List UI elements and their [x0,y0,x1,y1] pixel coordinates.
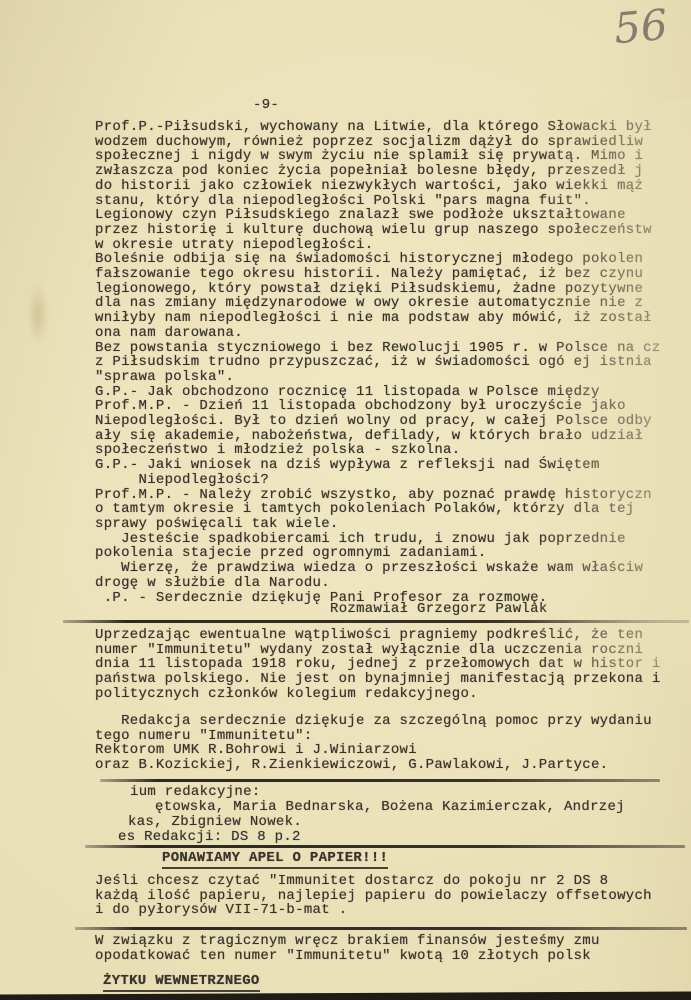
text-line: opodatkować ten numer "Immunitetu" kwotą… [95,949,600,964]
text-line: ona nam darowana. [95,326,661,341]
text-line: Redakcja serdecznie dziękuje za szczegól… [95,714,652,729]
text-line: pokolenia stajecie przed ogromnymi zadan… [95,546,661,561]
separator-rule [63,620,689,623]
text-line: fałszowanie tego okresu historii. Należy… [95,267,661,282]
text-line: państwa polskiego. Nie jest on bynajmnie… [95,672,661,687]
scan-edge-band [0,991,691,1000]
text-line: G.P.- Jaki wniosek na dziś wypływa z ref… [95,458,661,473]
masthead-title: ium redakcyjne: [130,785,261,800]
text-line: Niepodległości? [95,473,661,488]
text-line: PONAWIAMY APEL O PAPIER!!! [162,851,388,869]
masthead-address: es Redakcji: DS 8 p.2 [118,830,301,845]
separator-rule [75,927,687,930]
text-line: z Piłsudskim trudno przypuszczać, iż w ś… [95,355,661,370]
text-line: zwłaszcza pod koniec życia popełniał bol… [95,164,661,179]
text-line: Jeśli chcesz czytać "Immunitet dostarcz … [95,874,652,889]
text-line: o tamtym okresie i tamtych pokoleniach P… [95,502,661,517]
interview-byline: Rozmawiał Grzegorz Pawlak [330,602,548,617]
text-line: do historii jako człowiek niezwykłych wa… [95,179,661,194]
masthead-members-1: ętowska, Maria Bednarska, Bożena Kazimie… [155,800,625,815]
text-line: społeczeństwo i młodzież polska - szkoln… [95,443,661,458]
text-line: kas, Zbigniew Nowek. [128,815,302,830]
text-line: oraz B.Kozickiej, R.Zienkiewiczowi, G.Pa… [95,758,652,773]
text-line: es Redakcji: DS 8 p.2 [118,830,301,845]
tax-note: W związku z tragicznym wręcz brakiem fin… [95,934,600,963]
text-line: Legionowy czyn Piłsudskiego znalazł swe … [95,208,661,223]
text-line: sprawy poświęcali tak wiele. [95,517,661,532]
editorial-note: Uprzedzając ewentualne wątpliwości pragn… [95,628,661,702]
text-line: wniłyby nam niepodległości i nie ma pods… [95,311,661,326]
interview-text: Prof.P.-Piłsudski, wychowany na Litwie, … [95,120,661,605]
text-line: stanu, który dla niepodległości Polski "… [95,194,661,209]
text-line: -9- [253,98,279,113]
text-line: "sprawa polska". [95,370,661,385]
text-line: drogę w służbie dla Narodu. [95,576,661,591]
text-line: dnia 11 listopada 1918 roku, jednej z pr… [95,657,661,672]
separator-rule [85,845,685,848]
text-line: Prof.M.P. - Dzień 11 listopada obchodzon… [95,399,661,414]
text-line: Rozmawiał Grzegorz Pawlak [330,602,548,617]
text-line: przez historię i kulturę duchową wielu g… [95,223,661,238]
page-number: -9- [253,98,279,113]
text-line: społecznej i nigdy w swym życiu nie spla… [95,149,661,164]
text-line: ium redakcyjne: [130,785,261,800]
text-line: i do pyłorysów VII-71-b-mat . [95,903,652,918]
paper-stain [28,282,48,346]
text-line: ŻYTKU WEWNETRZNEGO [103,974,260,992]
handwritten-page-number: 56 [612,0,670,53]
text-line: Rektorom UMK R.Bohrowi i J.Winiarzowi [95,743,652,758]
text-line: Niepodległości. Był to dzień wolny od pr… [95,414,661,429]
text-line: Uprzedzając ewentualne wątpliwości pragn… [95,628,661,643]
text-line: politycznych członków kolegium redakcyjn… [95,687,661,702]
text-line: dla nas zmiany międzynarodowe w owy okre… [95,296,661,311]
text-line: Wierzę, że prawdziwa wiedza o przeszłośc… [95,561,661,576]
text-line: ętowska, Maria Bednarska, Bożena Kazimie… [155,800,625,815]
masthead-members-2: kas, Zbigniew Nowek. [128,815,302,830]
internal-use-stamp: ŻYTKU WEWNETRZNEGO [103,974,260,992]
text-line: W związku z tragicznym wręcz brakiem fin… [95,934,600,949]
acknowledgements: Redakcja serdecznie dziękuje za szczegól… [95,714,652,773]
paper-appeal-text: Jeśli chcesz czytać "Immunitet dostarcz … [95,874,652,918]
scanned-page-sheet: 56 -9-Prof.P.-Piłsudski, wychowany na Li… [0,0,691,1000]
text-line: Boleśnie odbija się na świadomości histo… [95,252,661,267]
text-line: Prof.P.-Piłsudski, wychowany na Litwie, … [95,120,661,135]
separator-rule [100,779,660,782]
paper-appeal-heading: PONAWIAMY APEL O PAPIER!!! [162,851,388,869]
